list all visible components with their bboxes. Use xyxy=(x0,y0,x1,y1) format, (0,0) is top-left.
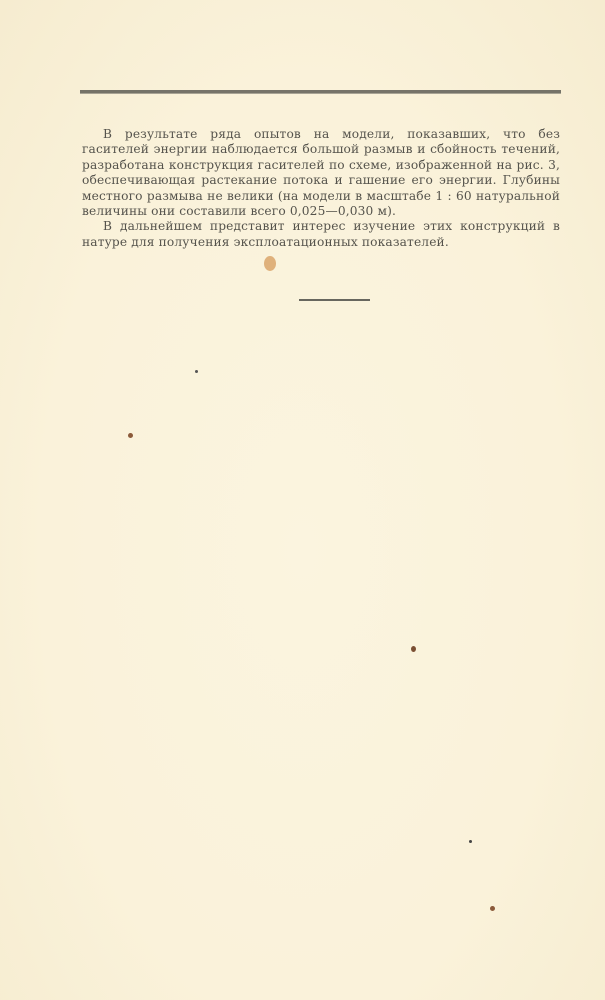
body-text: В результате ряда опытов на модели, пока… xyxy=(82,127,560,250)
paper-stain xyxy=(264,256,276,271)
header-rule xyxy=(80,90,561,94)
paper-speck xyxy=(411,646,416,652)
paper-speck xyxy=(195,370,198,373)
paper-speck xyxy=(469,840,472,843)
paper-speck xyxy=(490,906,495,911)
paragraph-1: В результате ряда опытов на модели, пока… xyxy=(82,127,560,219)
scanned-page: В результате ряда опытов на модели, пока… xyxy=(0,0,605,1000)
end-rule xyxy=(299,299,370,301)
paragraph-2: В дальнейшем представит интерес изучение… xyxy=(82,219,560,250)
paper-speck xyxy=(128,433,133,438)
